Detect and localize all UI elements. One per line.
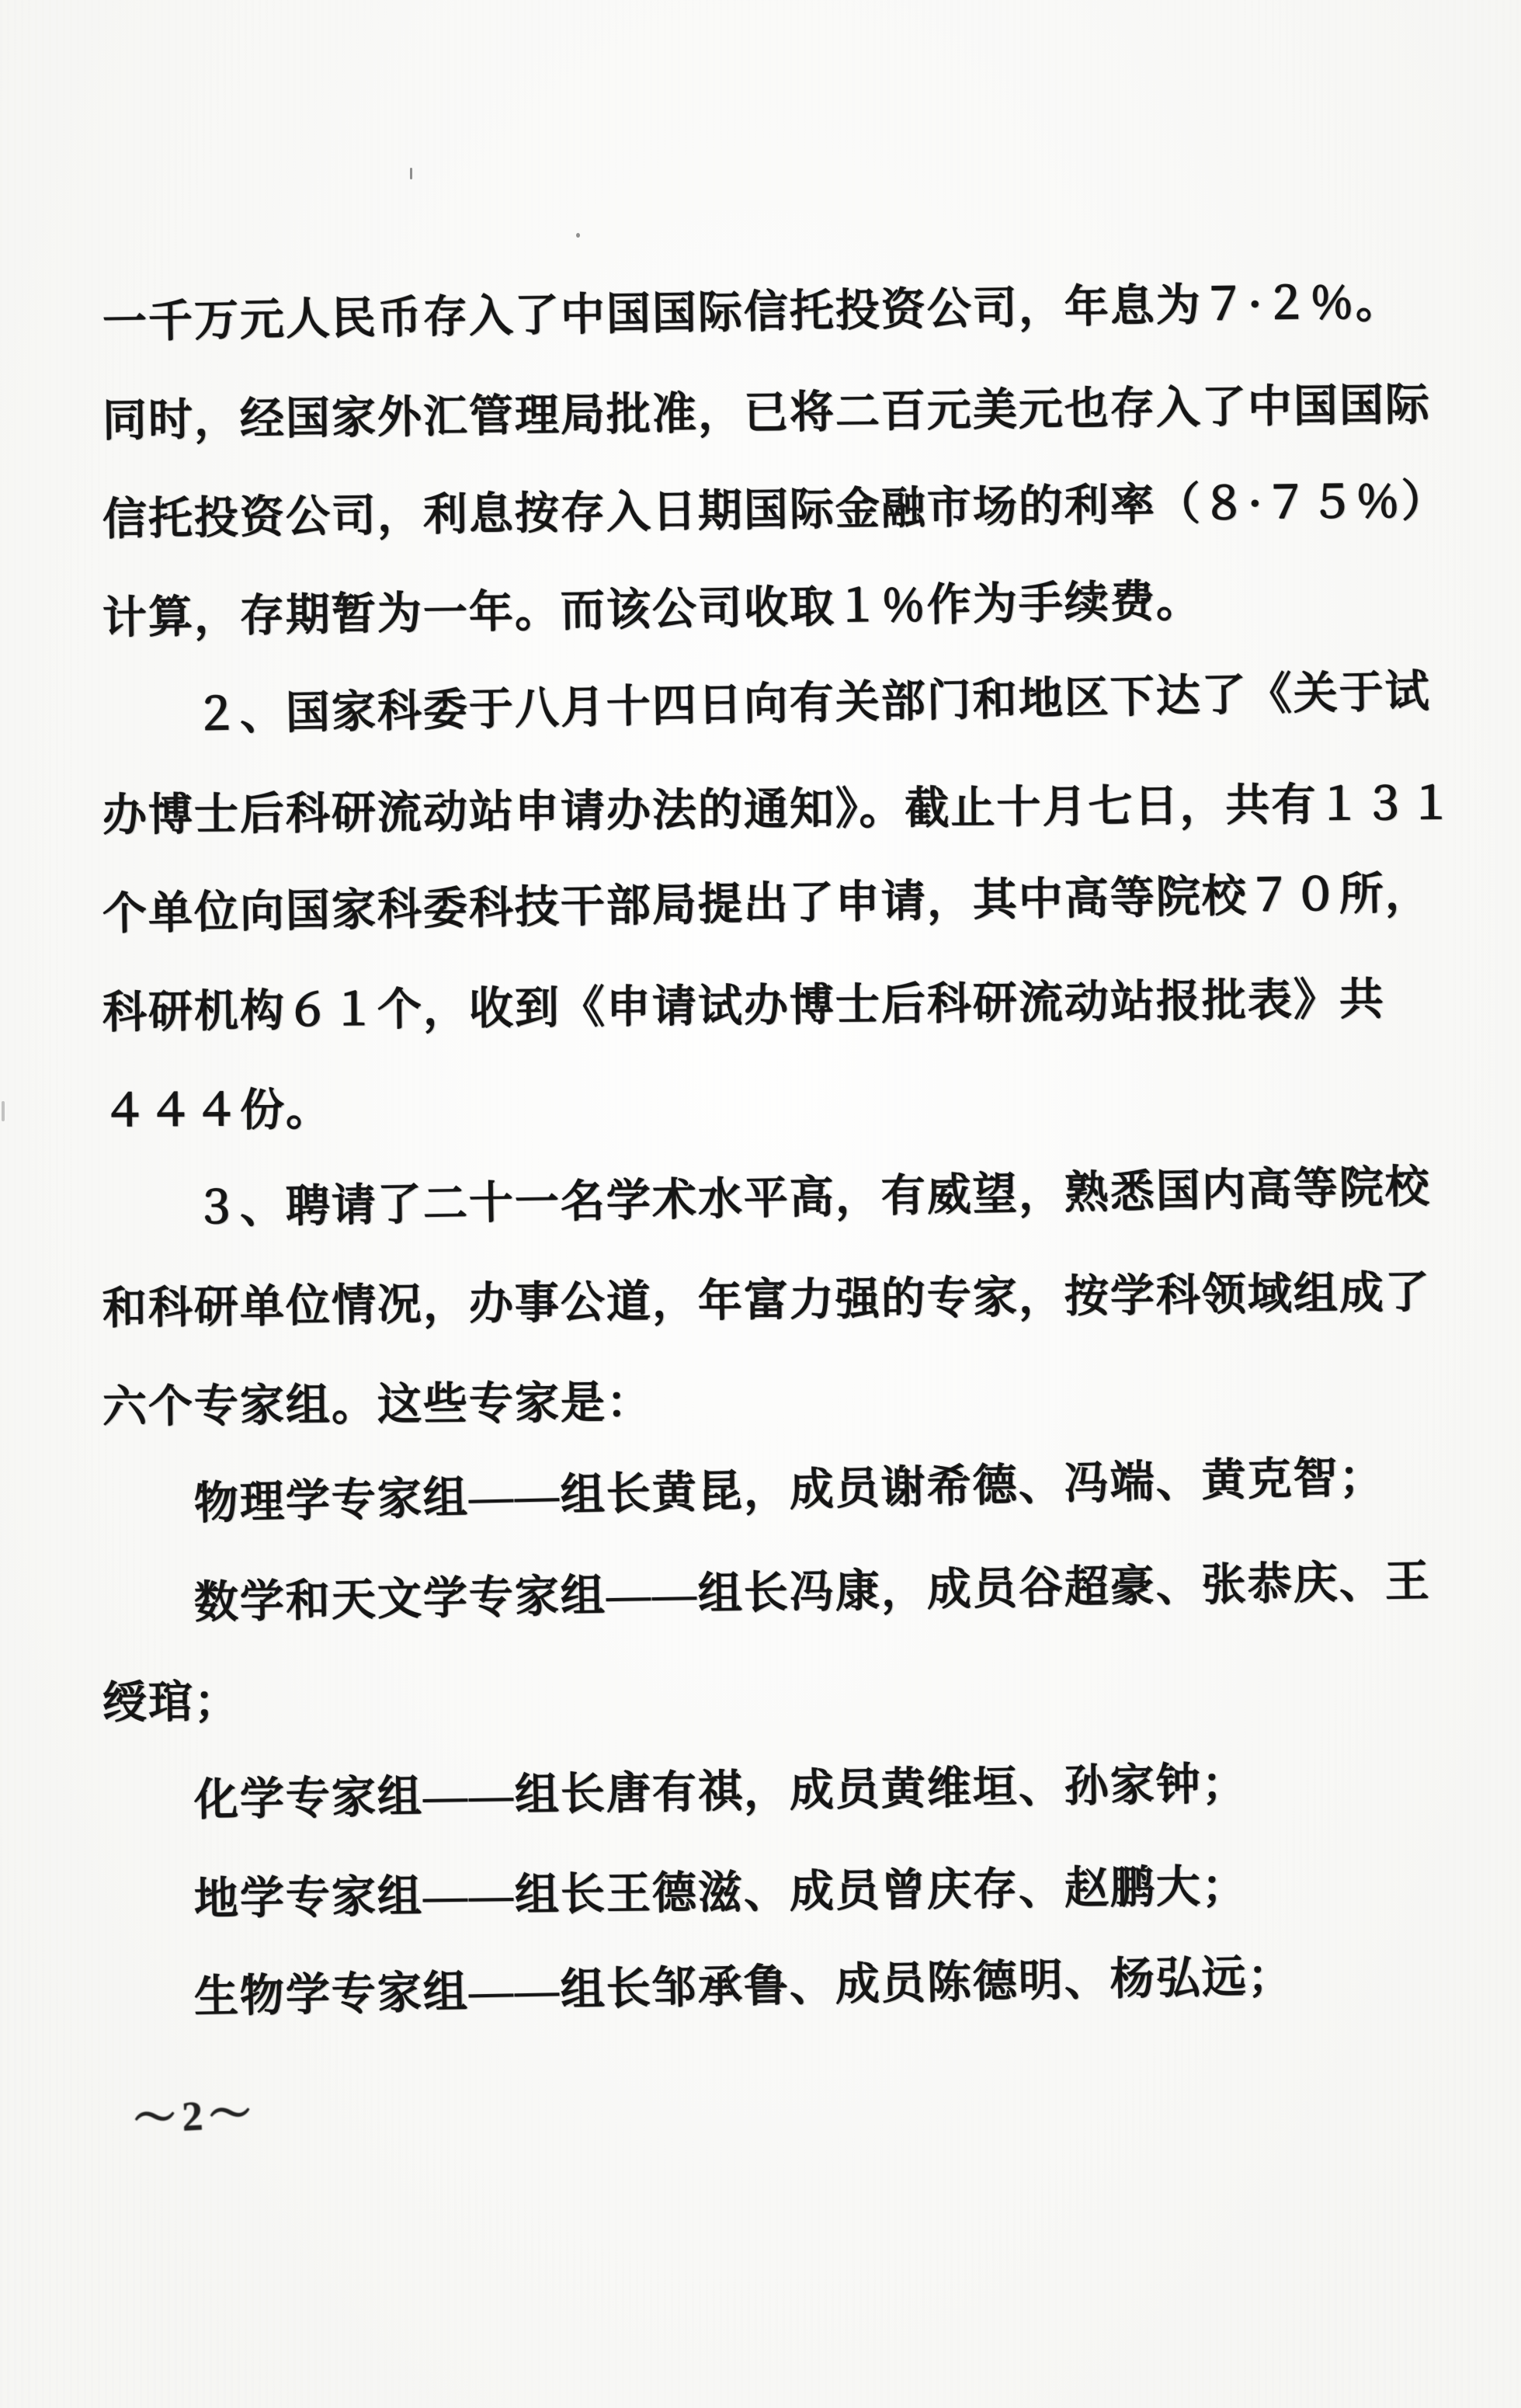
document-body: 一千万元人民币存入了中国国际信托投资公司，年息为７·２％。同时，经国家外汇管理局… (102, 273, 1451, 2048)
text-line: 化学专家组——组长唐有祺，成员黄维垣、孙家钟； (102, 1732, 1452, 1851)
text-line: 个单位向国家科委科技干部局提出了申请，其中高等院校７０所， (102, 844, 1452, 964)
scan-speck (576, 233, 580, 238)
page-number: ～2～ (132, 2080, 259, 2146)
text-line: 和科研单位情况，办事公道，年富力强的专家，按学科领域组成了 (102, 1243, 1451, 1358)
text-line: 一千万元人民币存入了中国国际信托投资公司，年息为７·２％。 (102, 252, 1452, 372)
scan-speck (2, 1101, 5, 1121)
text-line: 同时，经国家外汇管理局批准，已将二百元美元也存入了中国国际 (102, 356, 1451, 471)
text-line: 科研机构６１个，收到《申请试办博士后科研流动站报批表》共 (102, 950, 1451, 1062)
scan-speck (410, 168, 412, 179)
scanned-document-page: 一千万元人民币存入了中国国际信托投资公司，年息为７·２％。同时，经国家外汇管理局… (0, 0, 1521, 2408)
